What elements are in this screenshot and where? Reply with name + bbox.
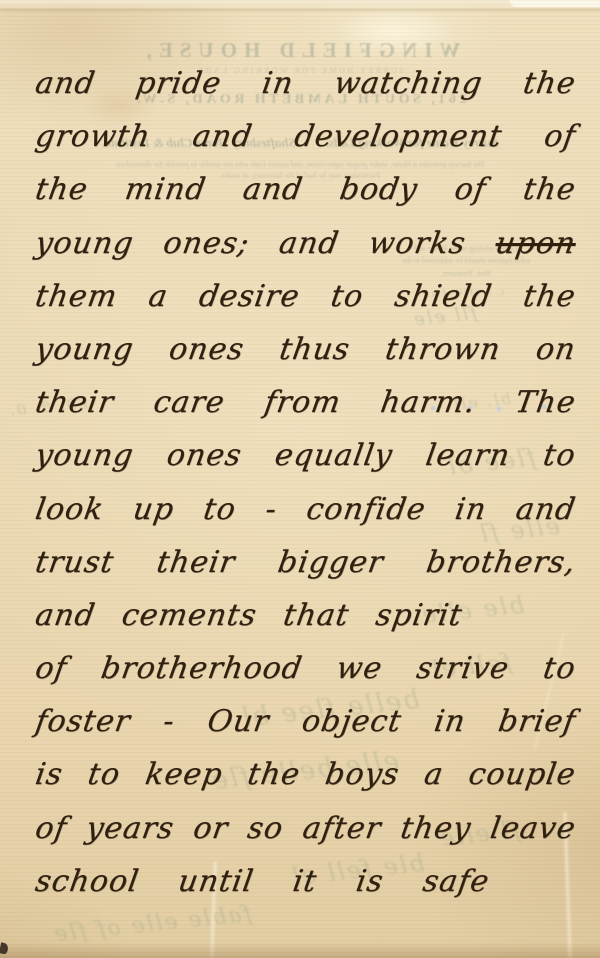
handwriting-word: look bbox=[33, 492, 106, 527]
handwriting-line: trusttheirbiggerbrothers, bbox=[30, 545, 578, 598]
handwriting-word: and bbox=[33, 598, 98, 633]
handwriting-word: is bbox=[354, 864, 387, 899]
handwriting-word: harm. bbox=[378, 385, 478, 420]
handwriting-word: foster bbox=[33, 704, 133, 739]
handwriting-line: andcementsthatspirit bbox=[30, 598, 465, 651]
handwriting-word: we bbox=[334, 651, 385, 686]
handwriting-line: istokeeptheboysacouple bbox=[30, 757, 578, 810]
handwriting-word: to bbox=[85, 757, 123, 792]
handwriting-word: strive bbox=[414, 651, 512, 686]
handwriting-word: equally bbox=[272, 438, 395, 473]
handwriting-line: themadesiretoshieldthe bbox=[30, 279, 578, 332]
handwriting-word: their bbox=[154, 545, 238, 580]
handwriting-word: works bbox=[366, 226, 468, 261]
handwriting-word: in bbox=[453, 492, 489, 527]
handwriting-word: watching bbox=[332, 66, 485, 101]
handwriting-word: and bbox=[240, 172, 305, 207]
handwriting-word: young bbox=[33, 226, 136, 261]
handwriting-line: lookupto-confideinand bbox=[30, 492, 578, 545]
handwritten-text: andprideinwatchingthegrowthanddevelopmen… bbox=[30, 66, 570, 917]
handwriting-word: The bbox=[513, 385, 579, 420]
handwriting-word: Our bbox=[205, 704, 272, 739]
handwriting-word: object bbox=[299, 704, 404, 739]
handwriting-line: andprideinwatchingthe bbox=[30, 66, 578, 119]
letterhead-title: WINGFIELD HOUSE, bbox=[0, 38, 600, 63]
handwriting-word: learn bbox=[423, 438, 512, 473]
page-top-edge-shadow bbox=[0, 9, 600, 11]
handwriting-word: on bbox=[533, 332, 578, 367]
handwriting-word: from bbox=[262, 385, 343, 420]
handwriting-word: the bbox=[245, 757, 303, 792]
handwriting-line: schooluntilitissafe bbox=[30, 864, 492, 917]
handwriting-word: growth bbox=[33, 119, 153, 154]
handwriting-word: the bbox=[521, 279, 579, 314]
handwriting-word: boys bbox=[323, 757, 402, 792]
handwriting-word: body bbox=[337, 172, 420, 207]
handwriting-word: ones bbox=[167, 332, 247, 367]
handwriting-line: youngonesthusthrownon bbox=[30, 332, 578, 385]
handwriting-word: confide bbox=[304, 492, 428, 527]
handwriting-word: safe bbox=[420, 864, 492, 899]
page-top-right-edge bbox=[510, 0, 600, 7]
handwriting-word: - bbox=[263, 492, 280, 527]
handwriting-word: to bbox=[541, 438, 579, 473]
handwriting-word: leave bbox=[488, 811, 578, 846]
handwriting-word: brief bbox=[496, 704, 579, 739]
handwriting-word: pride bbox=[133, 66, 224, 101]
handwriting-word: they bbox=[398, 811, 474, 846]
handwriting-word: trust bbox=[33, 545, 117, 580]
handwriting-word: their bbox=[33, 385, 117, 420]
handwriting-word: development bbox=[292, 119, 505, 154]
handwriting-word: couple bbox=[466, 757, 578, 792]
handwriting-word: thus bbox=[277, 332, 353, 367]
handwriting-word: to bbox=[201, 492, 239, 527]
handwriting-word: the bbox=[521, 172, 579, 207]
handwriting-word: the bbox=[33, 172, 91, 207]
handwriting-word: thrown bbox=[383, 332, 503, 367]
handwriting-word: and bbox=[513, 492, 578, 527]
handwriting-word: bigger bbox=[275, 545, 386, 580]
handwriting-line: ofbrotherhoodwestriveto bbox=[30, 651, 578, 704]
handwriting-word: ones bbox=[164, 438, 244, 473]
handwriting-line: ofyearsorsoaftertheyleave bbox=[30, 811, 578, 864]
handwriting-word: that bbox=[281, 598, 352, 633]
letter-page: WINGFIELD HOUSE, SURREY HOME FOR WORKING… bbox=[0, 0, 600, 958]
handwriting-word: spirit bbox=[373, 598, 465, 633]
handwriting-word: of bbox=[33, 651, 70, 686]
handwriting-line: themindandbodyofthe bbox=[30, 172, 578, 225]
handwriting-word: brothers, bbox=[424, 545, 579, 580]
handwriting-word: so bbox=[245, 811, 286, 846]
handwriting-word: of bbox=[452, 172, 489, 207]
handwriting-word: in bbox=[260, 66, 296, 101]
handwriting-word: to bbox=[328, 279, 366, 314]
handwriting-word: and bbox=[277, 226, 342, 261]
handwriting-word: in bbox=[432, 704, 468, 739]
struck-out-word: upon bbox=[493, 226, 578, 261]
handwriting-word: or bbox=[191, 811, 231, 846]
handwriting-word: keep bbox=[143, 757, 225, 792]
handwriting-word: the bbox=[521, 66, 579, 101]
handwriting-word: young bbox=[33, 438, 136, 473]
handwriting-word: years bbox=[84, 811, 177, 846]
handwriting-line: foster-Ourobjectinbrief bbox=[30, 704, 578, 757]
handwriting-line: youngones;andworksupon bbox=[30, 226, 578, 279]
handwriting-word: brotherhood bbox=[99, 651, 305, 686]
handwriting-word: school bbox=[33, 864, 142, 899]
handwriting-word: of bbox=[542, 119, 579, 154]
handwriting-word: up bbox=[131, 492, 177, 527]
handwriting-line: theircarefromharm.The bbox=[30, 385, 578, 438]
handwriting-line: youngonesequallylearnto bbox=[30, 438, 578, 491]
handwriting-word: it bbox=[290, 864, 319, 899]
handwriting-word: cements bbox=[119, 598, 259, 633]
handwriting-line: growthanddevelopmentof bbox=[30, 119, 578, 172]
handwriting-word: and bbox=[190, 119, 255, 154]
handwriting-word: them bbox=[33, 279, 120, 314]
handwriting-word: young bbox=[33, 332, 136, 367]
handwriting-word: after bbox=[300, 811, 384, 846]
handwriting-word: care bbox=[151, 385, 227, 420]
handwriting-word: of bbox=[33, 811, 70, 846]
handwriting-word: a bbox=[146, 279, 170, 314]
handwriting-word: until bbox=[176, 864, 256, 899]
handwriting-word: is bbox=[33, 757, 66, 792]
handwriting-word: desire bbox=[197, 279, 303, 314]
handwriting-word: a bbox=[422, 757, 446, 792]
handwriting-word: ones; bbox=[161, 226, 252, 261]
page-bottom-edge bbox=[0, 942, 600, 958]
handwriting-word: to bbox=[541, 651, 579, 686]
handwriting-word: - bbox=[161, 704, 178, 739]
handwriting-word: mind bbox=[122, 172, 208, 207]
handwriting-word: shield bbox=[392, 279, 494, 314]
handwriting-word: and bbox=[33, 66, 98, 101]
